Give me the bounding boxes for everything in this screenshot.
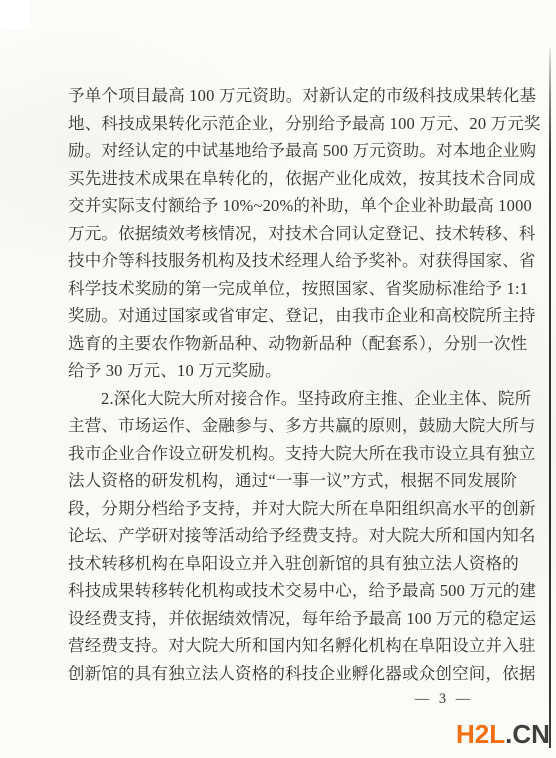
text-line: 创新馆的具有独立法人资格的科技企业孵化器或众创空间，依据 xyxy=(68,660,500,688)
text-line: 买先进技术成果在阜转化的，依据产业化成效，按其技术合同成 xyxy=(68,165,500,193)
text-line-paragraph-end: 给予 30 万元、10 万元奖励。 xyxy=(68,357,500,385)
text-line: 奖励。对通过国家或省审定、登记，由我市企业和高校院所主持 xyxy=(68,302,500,330)
text-line: 法人资格的研发机构，通过“一事一议”方式，根据不同发展阶 xyxy=(68,467,500,495)
scan-edge-line xyxy=(549,48,551,748)
text-line: 段，分期分档给予支持，并对大院大所在阜阳组织高水平的创新 xyxy=(68,495,500,523)
text-line: 技中介等科技服务机构及技术经理人给予奖补。对获得国家、省 xyxy=(68,247,500,275)
text-line: 主营、市场运作、金融参与、多方共赢的原则，鼓励大院大所与 xyxy=(68,412,500,440)
text-line: 万元。依据绩效考核情况，对技术合同认定登记、技术转移、科 xyxy=(68,220,500,248)
text-line: 励。对经认定的中试基地给予最高 500 万元资助。对本地企业购 xyxy=(68,137,500,165)
watermark-logo: H2L.CN xyxy=(456,719,550,749)
text-line: 选育的主要农作物新品种、动物新品种（配套系），分别一次性 xyxy=(68,330,500,358)
text-line: 予单个项目最高 100 万元资助。对新认定的市级科技成果转化基 xyxy=(68,82,500,110)
scanned-document-page: 予单个项目最高 100 万元资助。对新认定的市级科技成果转化基 地、科技成果转化… xyxy=(0,0,556,758)
text-line: 地、科技成果转化示范企业，分别给予最高 100 万元、20 万元奖 xyxy=(68,110,500,138)
text-line: 技术转移机构在阜阳设立并入驻创新馆的具有独立法人资格的 xyxy=(68,550,500,578)
watermark-text-cn: .CN xyxy=(505,719,550,749)
text-line: 论坛、产学研对接等活动给予经费支持。对大院大所和国内知名 xyxy=(68,522,500,550)
text-line: 科学技术奖励的第一完成单位，按照国家、省奖励标准给予 1:1 xyxy=(68,275,500,303)
scan-artifact-white-patch xyxy=(0,0,30,30)
body-text: 予单个项目最高 100 万元资助。对新认定的市级科技成果转化基 地、科技成果转化… xyxy=(68,82,500,687)
text-line: 设经费支持，并依据绩效情况，每年给予最高 100 万元的稳定运 xyxy=(68,605,500,633)
watermark-text-h2l: H2L xyxy=(456,719,505,749)
text-line: 营经费支持。对大院大所和国内知名孵化机构在阜阳设立并入驻 xyxy=(68,632,500,660)
text-line: 交并实际支付额给予 10%~20%的补助，单个企业补助最高 1000 xyxy=(68,192,500,220)
text-line: 我市企业合作设立研发机构。支持大院大所在我市设立具有独立 xyxy=(68,440,500,468)
page-number: — 3 — xyxy=(404,691,484,708)
text-line-paragraph-start: 2.深化大院大所对接合作。坚持政府主推、企业主体、院所 xyxy=(68,385,500,413)
text-line: 科技成果转移转化机构或技术交易中心，给予最高 500 万元的建 xyxy=(68,577,500,605)
